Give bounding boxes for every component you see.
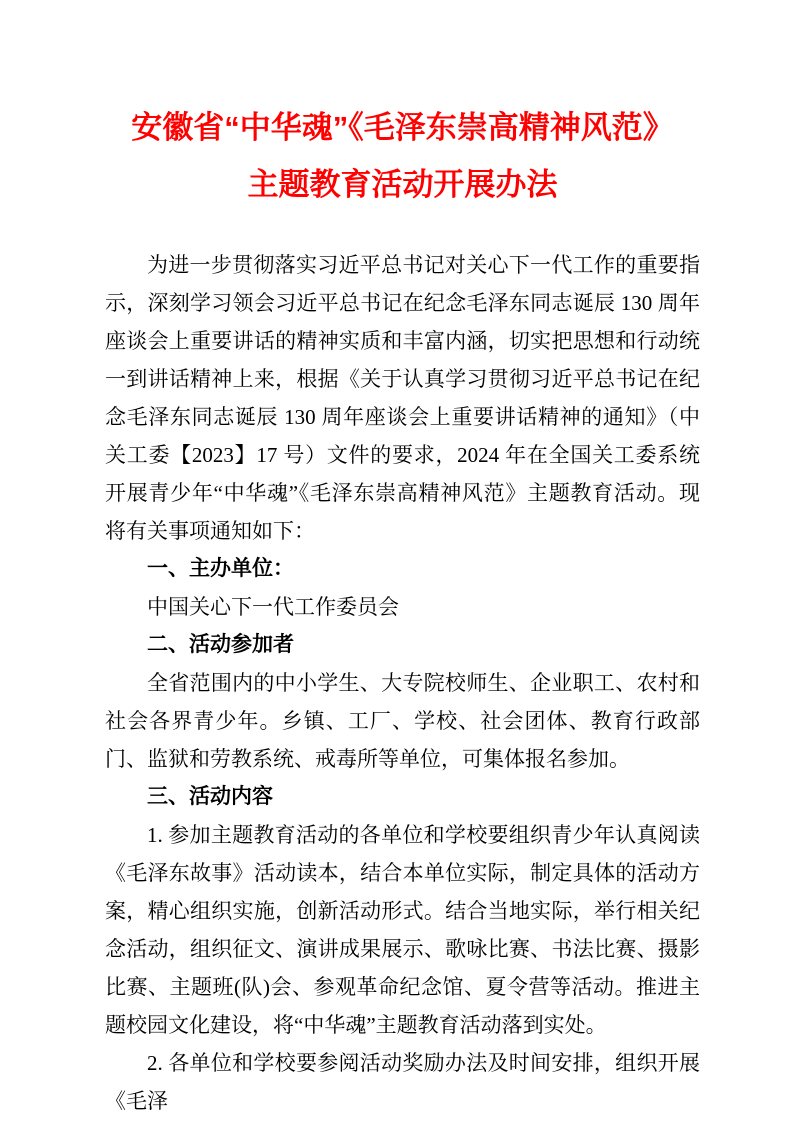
paragraph-activity-item-2: 2. 各单位和学校要参阅活动奖励办法及时间安排，组织开展《毛泽: [105, 1044, 700, 1120]
section-heading-organizer: 一、主办单位：: [105, 550, 700, 588]
document-title: 安徽省“中华魂”《毛泽东崇高精神风范》 主题教育活动开展办法: [105, 99, 700, 213]
title-line-1: 安徽省“中华魂”《毛泽东崇高精神风范》: [105, 99, 700, 156]
paragraph-intro: 为进一步贯彻落实习近平总书记对关心下一代工作的重要指示，深刻学习领会习近平总书记…: [105, 246, 700, 550]
paragraph-participants: 全省范围内的中小学生、大专院校师生、企业职工、农村和社会各界青少年。乡镇、工厂、…: [105, 664, 700, 778]
paragraph-organizer-name: 中国关心下一代工作委员会: [105, 588, 700, 626]
title-line-2: 主题教育活动开展办法: [105, 156, 700, 213]
section-heading-participants: 二、活动参加者: [105, 626, 700, 664]
document-page: 安徽省“中华魂”《毛泽东崇高精神风范》 主题教育活动开展办法 为进一步贯彻落实习…: [0, 0, 794, 1122]
document-body: 为进一步贯彻落实习近平总书记对关心下一代工作的重要指示，深刻学习领会习近平总书记…: [105, 246, 700, 1120]
section-heading-activity-content: 三、活动内容: [105, 778, 700, 816]
paragraph-activity-item-1: 1. 参加主题教育活动的各单位和学校要组织青少年认真阅读《毛泽东故事》活动读本，…: [105, 816, 700, 1044]
